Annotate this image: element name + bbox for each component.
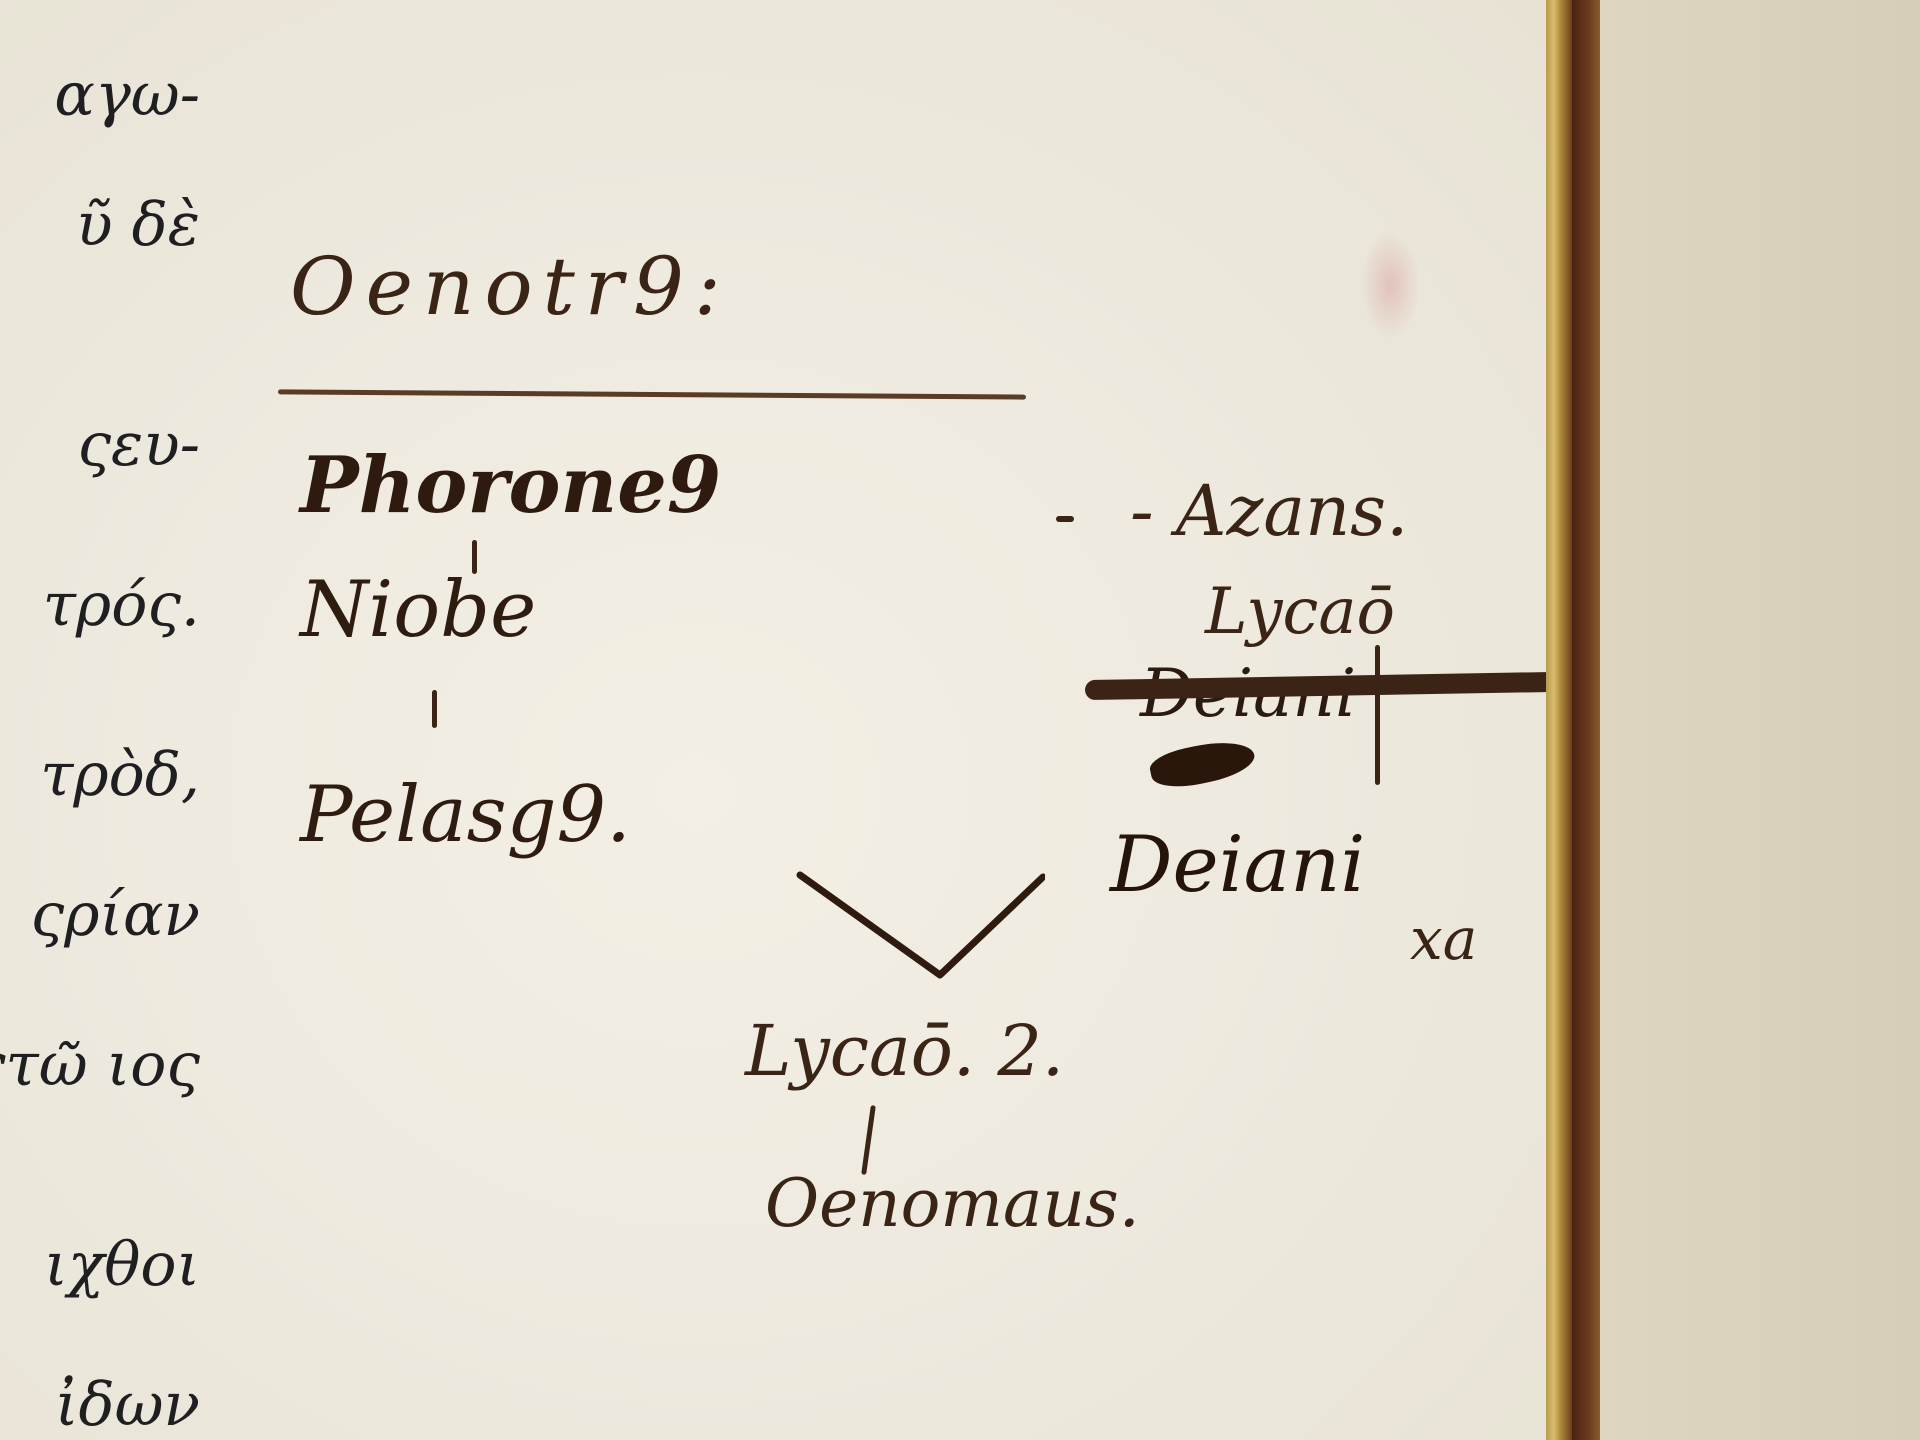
name-niobe: Niobe bbox=[300, 565, 536, 655]
greek-line: ςρίαν bbox=[31, 880, 200, 950]
greek-line: αγω- bbox=[54, 60, 200, 130]
name-lycaon: Lycaō. 2. bbox=[745, 1010, 1064, 1092]
dash-mark bbox=[1056, 516, 1074, 522]
gilt-page-edge bbox=[1546, 0, 1572, 1440]
greek-line: ςευ- bbox=[77, 410, 200, 480]
greek-line: ῦ δὲ bbox=[76, 190, 200, 260]
lineage-connector bbox=[432, 690, 437, 728]
binding-board-edge bbox=[1572, 0, 1600, 1440]
greek-line: ἰδων bbox=[55, 1370, 200, 1440]
heading-underline bbox=[278, 389, 1026, 399]
red-stain bbox=[1360, 230, 1420, 340]
name-lycaon-right: Lycaō bbox=[1205, 575, 1395, 649]
name-oenomaus: Oenomaus. bbox=[765, 1165, 1140, 1242]
name-fragment: xa bbox=[1410, 905, 1477, 973]
greek-line: τρὸδ, bbox=[40, 740, 200, 810]
greek-line: τρός. bbox=[43, 570, 200, 640]
name-phoroneus: Phorone9 bbox=[300, 440, 721, 531]
union-connector bbox=[795, 865, 1045, 985]
greek-line: ιχθοι bbox=[44, 1230, 200, 1300]
endpaper bbox=[1600, 0, 1920, 1440]
greek-line: ςτῶ ιος bbox=[0, 1030, 200, 1100]
name-deiani: Deiani bbox=[1110, 820, 1365, 910]
ink-blot bbox=[1147, 734, 1258, 793]
lineage-connector bbox=[1375, 645, 1380, 785]
manuscript-page: αγω- ῦ δὲ ςευ- τρός. τρὸδ, ςρίαν ςτῶ ιος… bbox=[0, 0, 1548, 1440]
name-pelasgus: Pelasg9. bbox=[300, 770, 631, 860]
printed-greek-column: αγω- ῦ δὲ ςευ- τρός. τρὸδ, ςρίαν ςτῶ ιος… bbox=[0, 0, 210, 1440]
genealogy-heading: Oenotr9: bbox=[290, 240, 731, 333]
name-azans: - Azans. bbox=[1130, 470, 1408, 552]
